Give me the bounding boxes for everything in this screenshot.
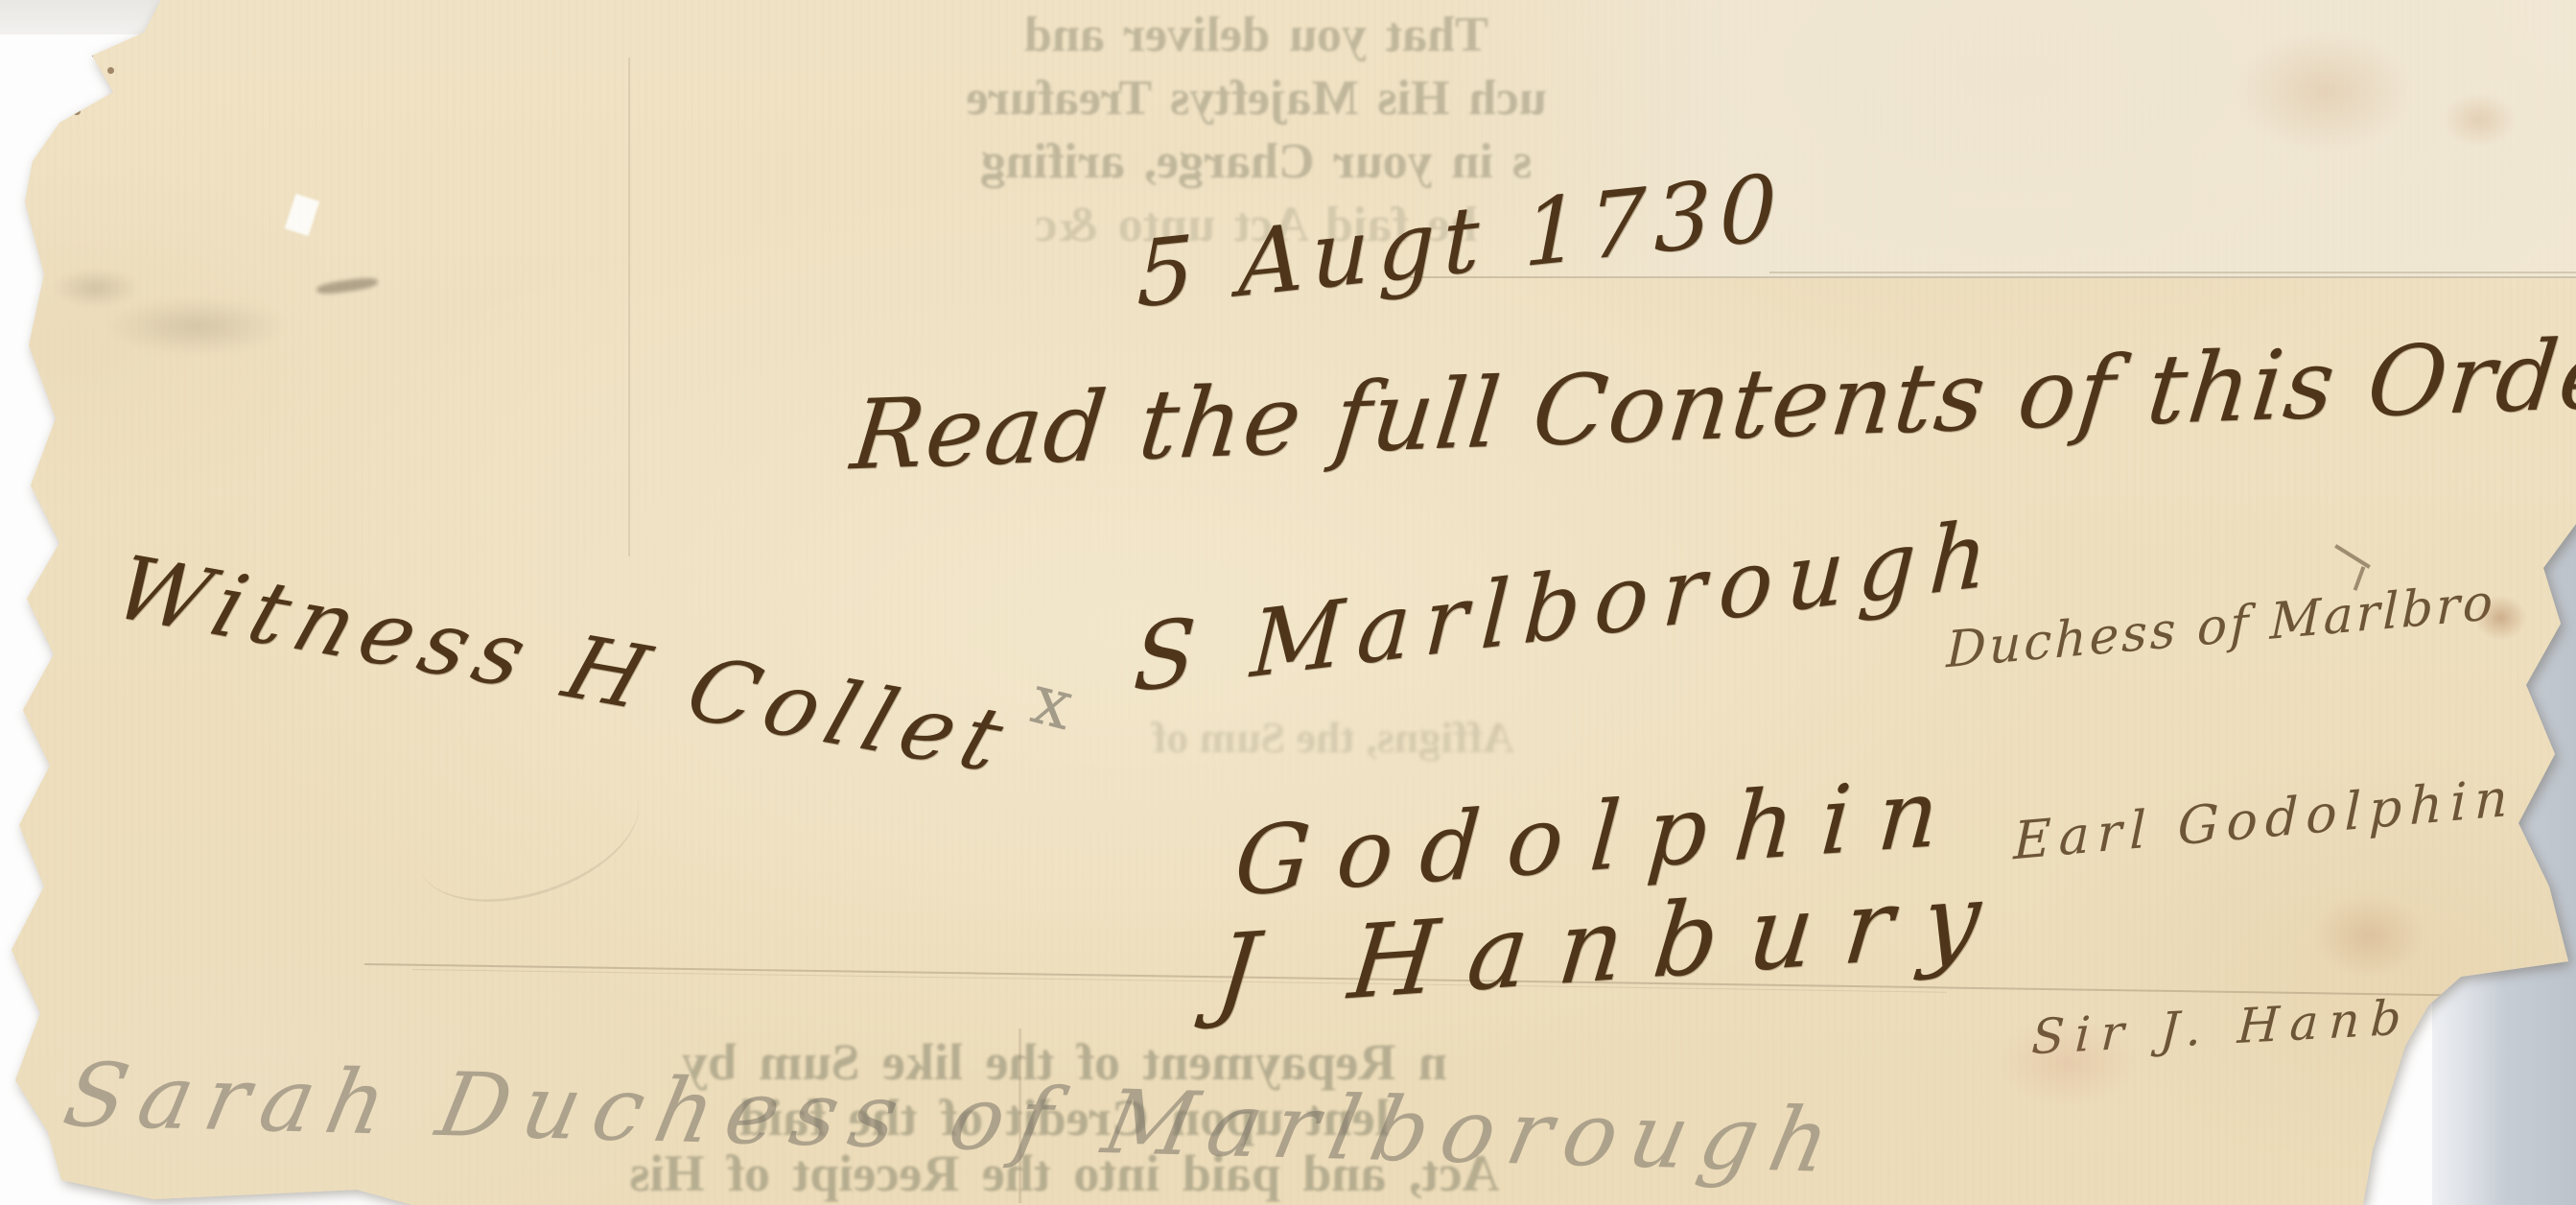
paper-nick xyxy=(285,194,319,236)
small-tear-mark xyxy=(2334,544,2371,569)
stain xyxy=(2235,29,2417,154)
stain xyxy=(2311,892,2426,979)
bleedthrough-line: Affigns, the Sum of xyxy=(1093,712,1573,763)
stain xyxy=(2474,595,2527,641)
smudge xyxy=(105,297,288,355)
ink-speck xyxy=(96,84,108,97)
bleedthrough-line: uch His Majeftys Treafure xyxy=(911,67,1602,130)
stain xyxy=(1995,1017,2139,1108)
bleedthrough-line: That you deliver and xyxy=(911,4,1602,67)
endorsement-inscription: Read the full Contents of this Order xyxy=(847,316,2576,492)
smudge xyxy=(53,269,139,307)
witness-signature: Witness H Collet xyxy=(103,537,1024,792)
paper-shadow-wrap: That you deliver and uch His Majeftys Tr… xyxy=(0,0,2576,1205)
attribution-earl-godolphin: Earl Godolphin xyxy=(2013,767,2516,871)
crease-line-right xyxy=(1769,272,2576,273)
attribution-duchess-of-marlbro: Duchess of Marlbro xyxy=(1946,574,2496,679)
scanned-document: That you deliver and uch His Majeftys Tr… xyxy=(0,0,2576,1205)
ink-speck xyxy=(73,107,81,115)
manuscript-paper: That you deliver and uch His Majeftys Tr… xyxy=(0,0,2576,1205)
smudge-dash xyxy=(316,276,378,296)
ghost-handwriting-arc xyxy=(398,735,656,928)
signature-marlborough: S Marlborough xyxy=(1131,500,2003,714)
bleedthrough-print-middle: Affigns, the Sum of xyxy=(1093,712,1573,763)
ink-speck xyxy=(67,27,79,38)
vertical-fold-line xyxy=(628,58,630,556)
pencil-x-mark: x xyxy=(1024,658,1082,745)
ink-speck xyxy=(84,52,93,60)
stain xyxy=(2441,91,2517,149)
ink-speck xyxy=(107,67,114,74)
